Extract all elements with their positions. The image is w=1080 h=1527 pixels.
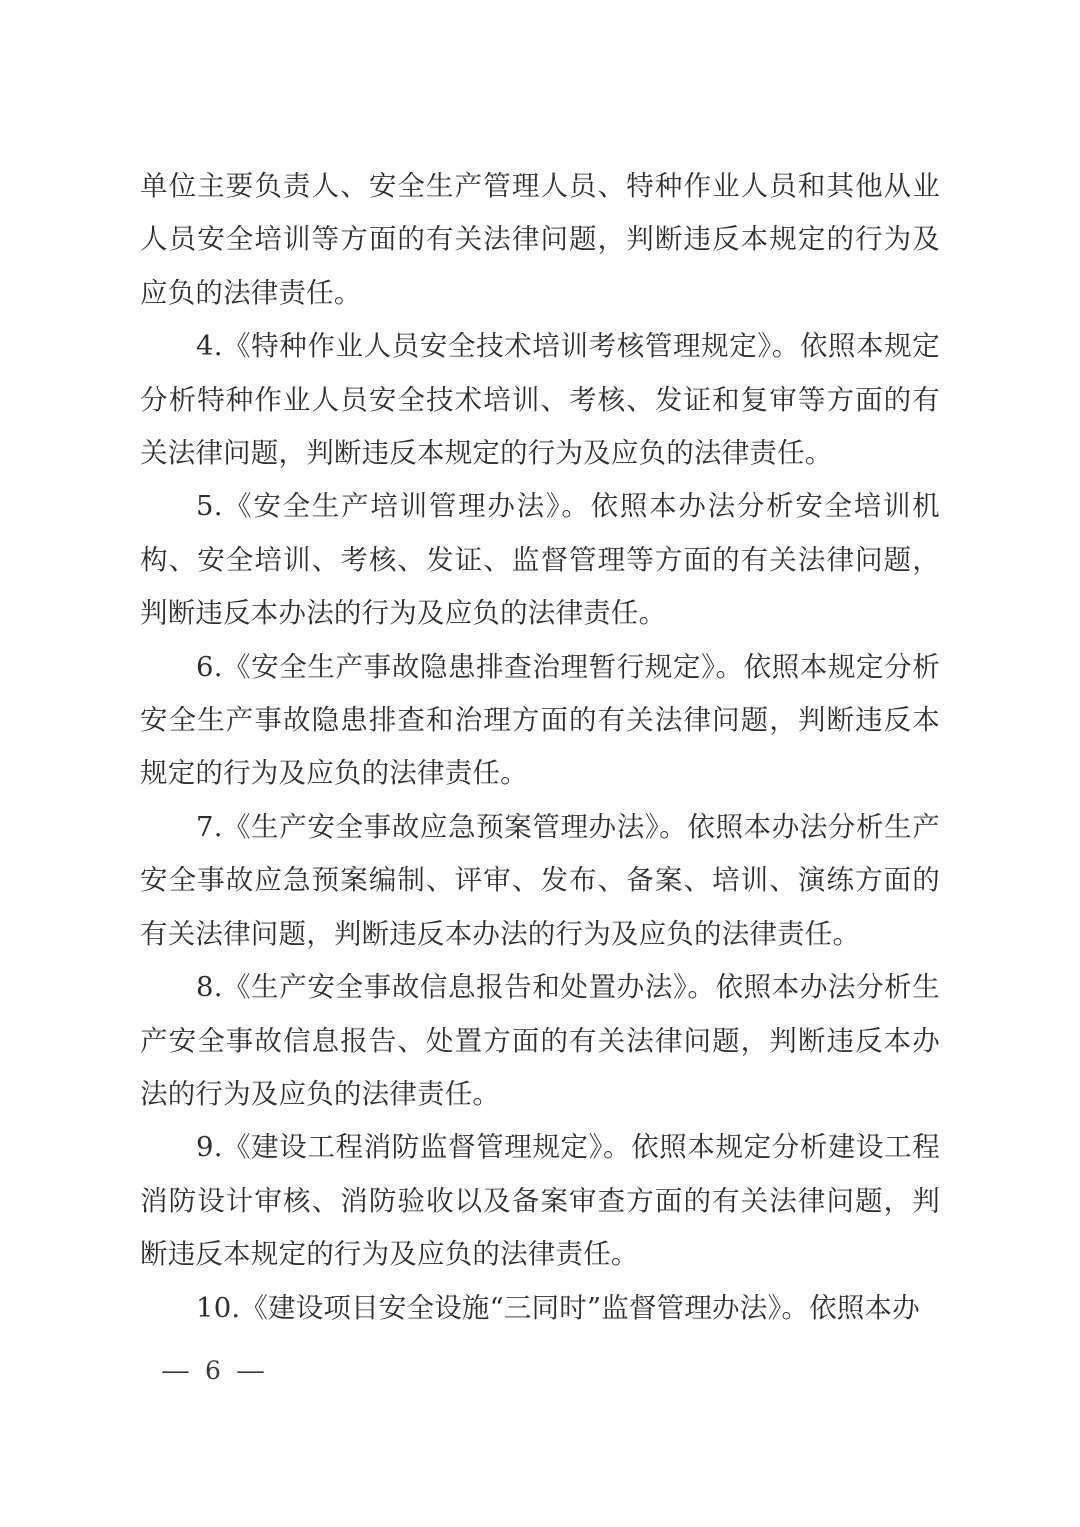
document-body: 单位主要负责人、安全生产管理人员、特种作业人员和其他从业人员安全培训等方面的有关… — [140, 160, 940, 1335]
footer-dash-left: — — [161, 1350, 190, 1392]
page-footer: — 6 — — [163, 1350, 263, 1392]
paragraph-item-8: 8.《生产安全事故信息报告和处置办法》。依照本办法分析生产安全事故信息报告、处置… — [140, 961, 940, 1121]
paragraph-continuation: 单位主要负责人、安全生产管理人员、特种作业人员和其他从业人员安全培训等方面的有关… — [140, 160, 940, 320]
paragraph-item-5: 5.《安全生产培训管理办法》。依照本办法分析安全培训机构、安全培训、考核、发证、… — [140, 480, 940, 640]
paragraph-item-9: 9.《建设工程消防监督管理规定》。依照本规定分析建设工程消防设计审核、消防验收以… — [140, 1121, 940, 1281]
document-page: 单位主要负责人、安全生产管理人员、特种作业人员和其他从业人员安全培训等方面的有关… — [0, 0, 1080, 1527]
page-number: 6 — [205, 1350, 221, 1392]
paragraph-item-10: 10.《建设项目安全设施“三同时”监督管理办法》。依照本办 — [140, 1282, 940, 1335]
paragraph-item-7: 7.《生产安全事故应急预案管理办法》。依照本办法分析生产安全事故应急预案编制、评… — [140, 801, 940, 961]
paragraph-item-4: 4.《特种作业人员安全技术培训考核管理规定》。依照本规定分析特种作业人员安全技术… — [140, 320, 940, 480]
paragraph-item-6: 6.《安全生产事故隐患排查治理暂行规定》。依照本规定分析安全生产事故隐患排查和治… — [140, 641, 940, 801]
footer-dash-right: — — [236, 1350, 265, 1392]
